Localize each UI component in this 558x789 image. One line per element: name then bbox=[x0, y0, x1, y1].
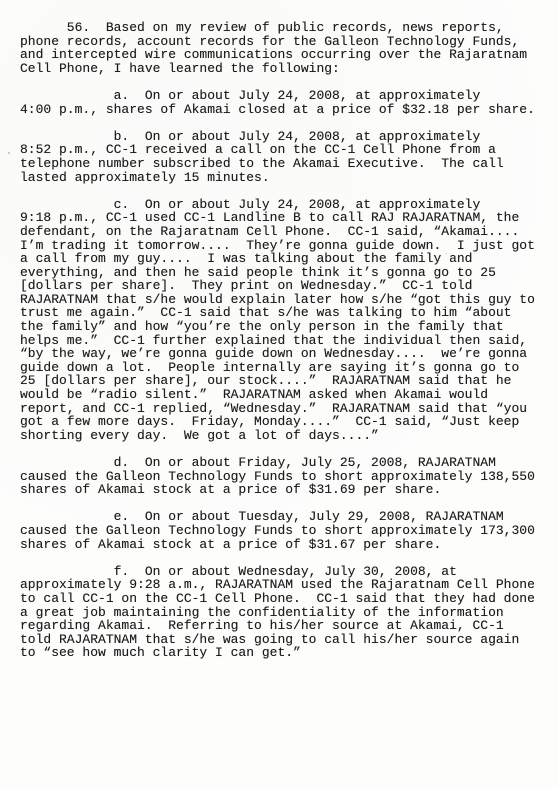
subparagraph-a: a. On or about July 24, 2008, at approxi… bbox=[20, 89, 544, 116]
subparagraph-e: e. On or about Tuesday, July 29, 2008, R… bbox=[20, 510, 544, 551]
subparagraph-f: f. On or about Wednesday, July 30, 2008,… bbox=[20, 565, 544, 660]
scan-speck bbox=[445, 253, 447, 254]
subparagraph-b: b. On or about July 24, 2008, at approxi… bbox=[20, 130, 544, 184]
scan-speck bbox=[8, 152, 10, 154]
subparagraph-d: d. On or about Friday, July 25, 2008, RA… bbox=[20, 456, 544, 497]
subparagraph-c: c. On or about July 24, 2008, at approxi… bbox=[20, 198, 544, 443]
paragraph-56: 56. Based on my review of public records… bbox=[20, 21, 544, 75]
document-page: 56. Based on my review of public records… bbox=[0, 0, 558, 789]
